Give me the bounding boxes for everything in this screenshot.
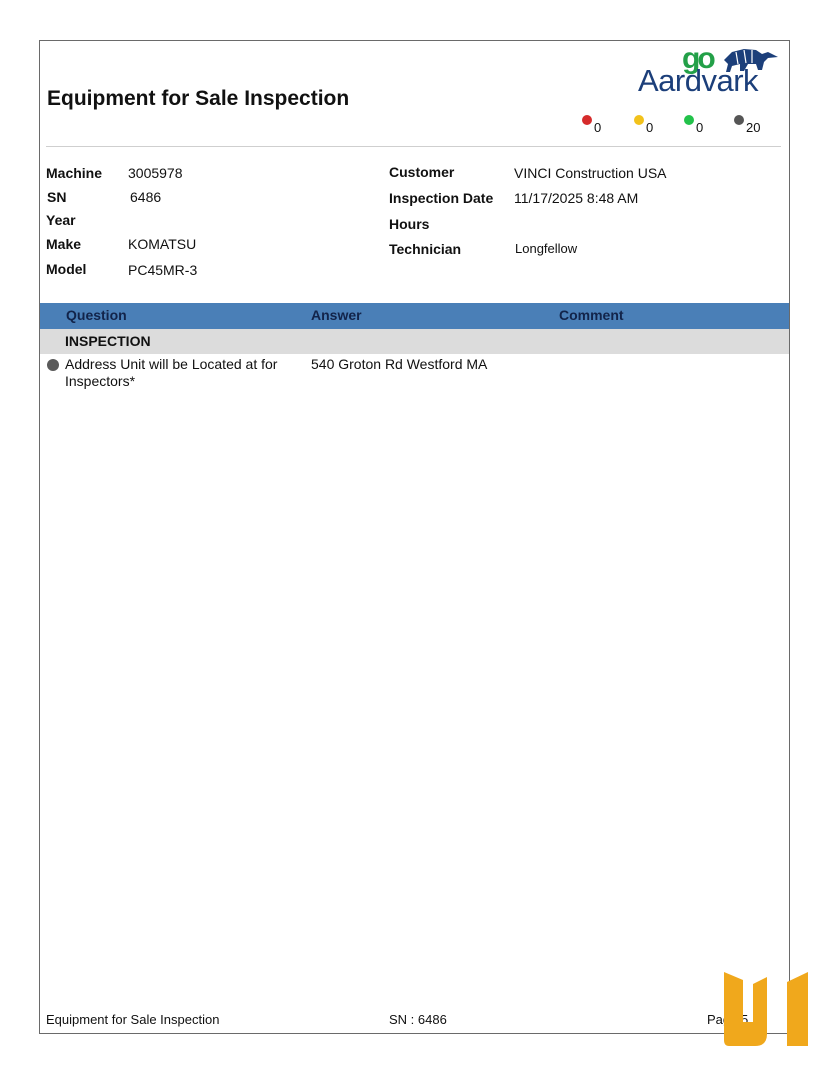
section-title: INSPECTION bbox=[65, 333, 151, 349]
make-label: Make bbox=[46, 236, 81, 252]
machine-label: Machine bbox=[46, 165, 102, 181]
red-dot-icon bbox=[582, 115, 592, 125]
table-header: Question Answer Comment bbox=[40, 303, 789, 329]
inspection-date-value: 11/17/2025 8:48 AM bbox=[514, 190, 638, 206]
page-title: Equipment for Sale Inspection bbox=[47, 87, 349, 111]
column-header-comment: Comment bbox=[559, 307, 624, 323]
gray-dot-icon bbox=[734, 115, 744, 125]
column-header-question: Question bbox=[66, 307, 127, 323]
section-header-inspection: INSPECTION bbox=[40, 329, 789, 354]
year-label: Year bbox=[46, 212, 76, 228]
customer-value: VINCI Construction USA bbox=[514, 165, 667, 181]
gray-status-dot-icon bbox=[47, 359, 59, 371]
make-value: KOMATSU bbox=[128, 236, 196, 252]
hours-label: Hours bbox=[389, 216, 429, 232]
model-value: PC45MR-3 bbox=[128, 262, 197, 278]
column-header-answer: Answer bbox=[311, 307, 362, 323]
watermark-logo-icon bbox=[721, 970, 811, 1050]
technician-value: Longfellow bbox=[515, 241, 577, 256]
inspection-date-label: Inspection Date bbox=[389, 190, 493, 206]
technician-label: Technician bbox=[389, 241, 461, 257]
inspection-page: Equipment for Sale Inspection go Aardvar… bbox=[39, 40, 790, 1034]
sn-value: 6486 bbox=[130, 189, 161, 205]
table-row: Address Unit will be Located at for Insp… bbox=[40, 354, 789, 394]
answer-text: 540 Groton Rd Westford MA bbox=[311, 356, 487, 372]
go-aardvark-logo: go Aardvark bbox=[638, 44, 780, 100]
green-dot-icon bbox=[684, 115, 694, 125]
yellow-dot-icon bbox=[634, 115, 644, 125]
footer-sn: SN : 6486 bbox=[389, 1012, 447, 1027]
footer-doc-title: Equipment for Sale Inspection bbox=[46, 1012, 219, 1027]
logo-brand: Aardvark bbox=[638, 63, 758, 99]
machine-value: 3005978 bbox=[128, 165, 183, 181]
sn-label: SN bbox=[47, 189, 66, 205]
model-label: Model bbox=[46, 261, 86, 277]
header-divider bbox=[46, 146, 781, 147]
customer-label: Customer bbox=[389, 164, 454, 180]
question-text: Address Unit will be Located at for Insp… bbox=[65, 356, 305, 390]
status-counters: 0 0 0 20 bbox=[580, 115, 780, 135]
